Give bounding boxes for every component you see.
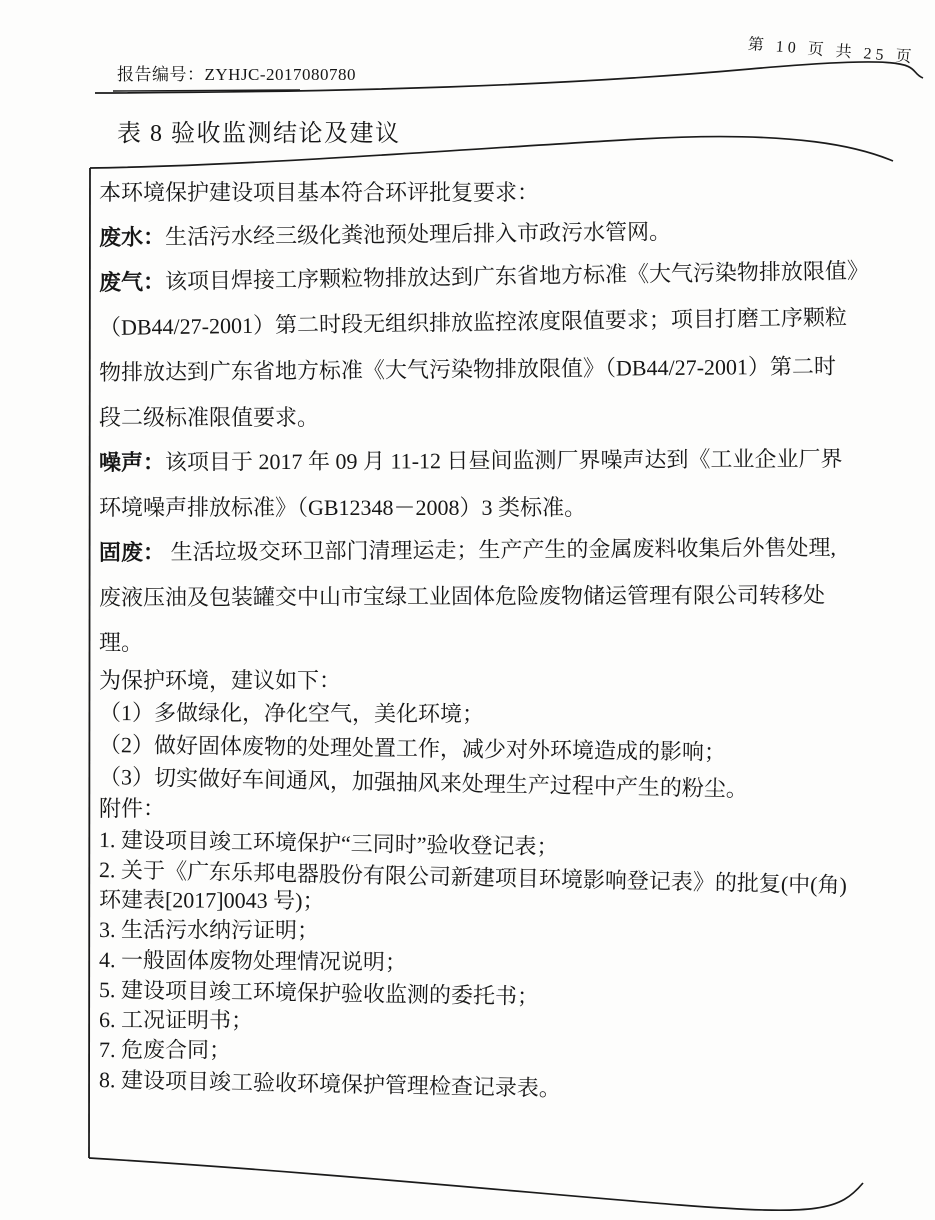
table-title: 表 8 验收监测结论及建议 [117, 113, 401, 148]
doc-line: 理。 [99, 620, 909, 665]
doc-line: 固废： 生活垃圾交环卫部门清理运走；生产产生的金属废料收集后外售处理, [99, 524, 909, 575]
doc-line: 6. 工况证明书； [99, 1005, 909, 1039]
doc-line: 废液压油及包装罐交中山市宝绿工业固体危险废物储运管理有限公司转移处 [99, 572, 909, 620]
doc-line: 噪声：该项目于 2017 年 09 月 11-12 日昼间监测厂界噪声达到《工业… [99, 436, 909, 485]
page-number: 第 10 页 共 25 页 [747, 31, 916, 67]
doc-line: 物排放达到广东省地方标准《大气污染物排放限值》（DB44/27-2001）第二时 [99, 343, 909, 395]
section-label: 固废： [99, 540, 165, 565]
section-label: 废气： [99, 269, 165, 295]
report-number-underline [113, 90, 300, 91]
box-left-border [89, 168, 90, 1158]
doc-line: 环建表[2017]0043 号)； [99, 885, 909, 919]
doc-line: 7. 危废合同； [99, 1035, 909, 1068]
box-bottom-border [89, 1158, 863, 1210]
section-label: 废水： [99, 224, 165, 250]
report-number-value: ZYHJC-2017080780 [205, 65, 357, 84]
document-box: 本环境保护建设项目基本符合环评批复要求： 废水：生活污水经三级化粪池预处理后排入… [99, 170, 909, 1095]
doc-line: 段二级标准限值要求。 [99, 395, 909, 440]
doc-line: （1）多做绿化，净化空气，美化环境； [99, 697, 909, 732]
doc-line: 8. 建设项目竣工验收环境保护管理检查记录表。 [99, 1065, 909, 1111]
report-number-label: 报告编号： [117, 65, 205, 84]
doc-line: 为保护环境，建议如下： [99, 665, 909, 697]
section-label: 噪声： [99, 450, 165, 475]
doc-line: 环境噪声排放标准》（GB12348－2008）3 类标准。 [99, 485, 909, 530]
doc-line: 3. 生活污水纳污证明； [99, 915, 909, 948]
report-number: 报告编号：ZYHJC-2017080780 [117, 60, 356, 85]
